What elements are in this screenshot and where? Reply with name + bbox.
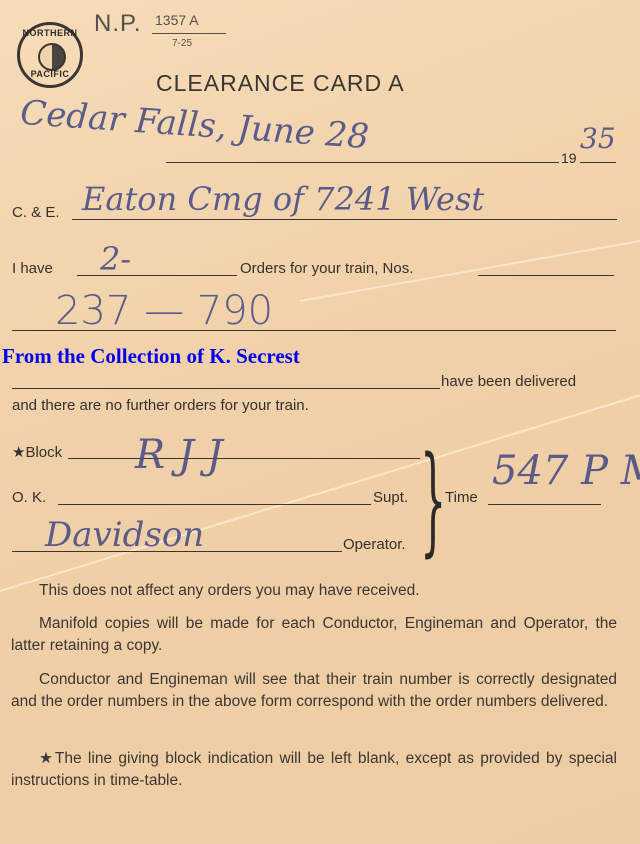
block-label: ★Block [12,443,62,461]
orders-for-train-label: Orders for your train, Nos. [240,260,413,277]
delivered-line [12,388,440,389]
form-code: 1357 A [155,12,199,28]
c-and-e-line [72,219,617,220]
year-prefix: 19 [561,150,577,166]
place-date-line [166,162,559,163]
instruction-3: Conductor and Engineman will see that th… [11,669,617,713]
order-numbers-handwritten[interactable]: 237 — 790 [55,288,273,334]
northern-pacific-logo-icon: NORTHERN PACIFIC [17,22,83,88]
page-title: CLEARANCE CARD A [156,70,405,97]
orders-count-handwritten[interactable]: 2- [100,240,131,278]
time-handwritten[interactable]: 547 P M [492,448,640,494]
place-date-handwritten[interactable]: Cedar Falls, June 28 [19,93,370,157]
no-further-orders-text: and there are no further orders for your… [12,397,309,414]
i-have-label: I have [12,260,53,277]
instruction-1: This does not affect any orders you may … [11,580,617,602]
instruction-2: Manifold copies will be made for each Co… [11,613,617,657]
time-label: Time [445,489,478,506]
supt-label: Supt. [373,489,408,506]
monad-icon [38,43,66,71]
ok-handwritten[interactable]: R J J [135,432,223,478]
operator-label: Operator. [343,536,406,553]
year-line [580,162,616,163]
ok-line [58,504,371,505]
clearance-card: NORTHERN PACIFIC N.P. 1357 A 7-25 CLEARA… [0,0,640,844]
form-code-divider [152,33,226,34]
year-handwritten[interactable]: 35 [580,122,616,155]
block-line[interactable] [68,458,420,459]
order-numbers-line [12,330,616,331]
form-prefix: N.P. [94,10,142,38]
c-and-e-handwritten[interactable]: Eaton Cmg of 7241 West [82,180,484,218]
c-and-e-label: C. & E. [12,204,60,221]
time-line [488,504,601,505]
logo-text-top: NORTHERN [20,28,80,38]
train-nos-line [478,275,614,276]
form-revision: 7-25 [172,38,192,49]
operator-line [12,551,342,552]
ok-label: O. K. [12,489,46,506]
brace-icon: } [420,440,446,558]
collection-watermark: From the Collection of K. Secrest [2,344,300,369]
logo-text-bottom: PACIFIC [20,69,80,79]
operator-handwritten[interactable]: Davidson [45,515,204,555]
orders-count-line [77,275,237,276]
instruction-4: ★The line giving block indication will b… [11,748,617,792]
have-been-delivered-label: have been delivered [441,373,576,390]
